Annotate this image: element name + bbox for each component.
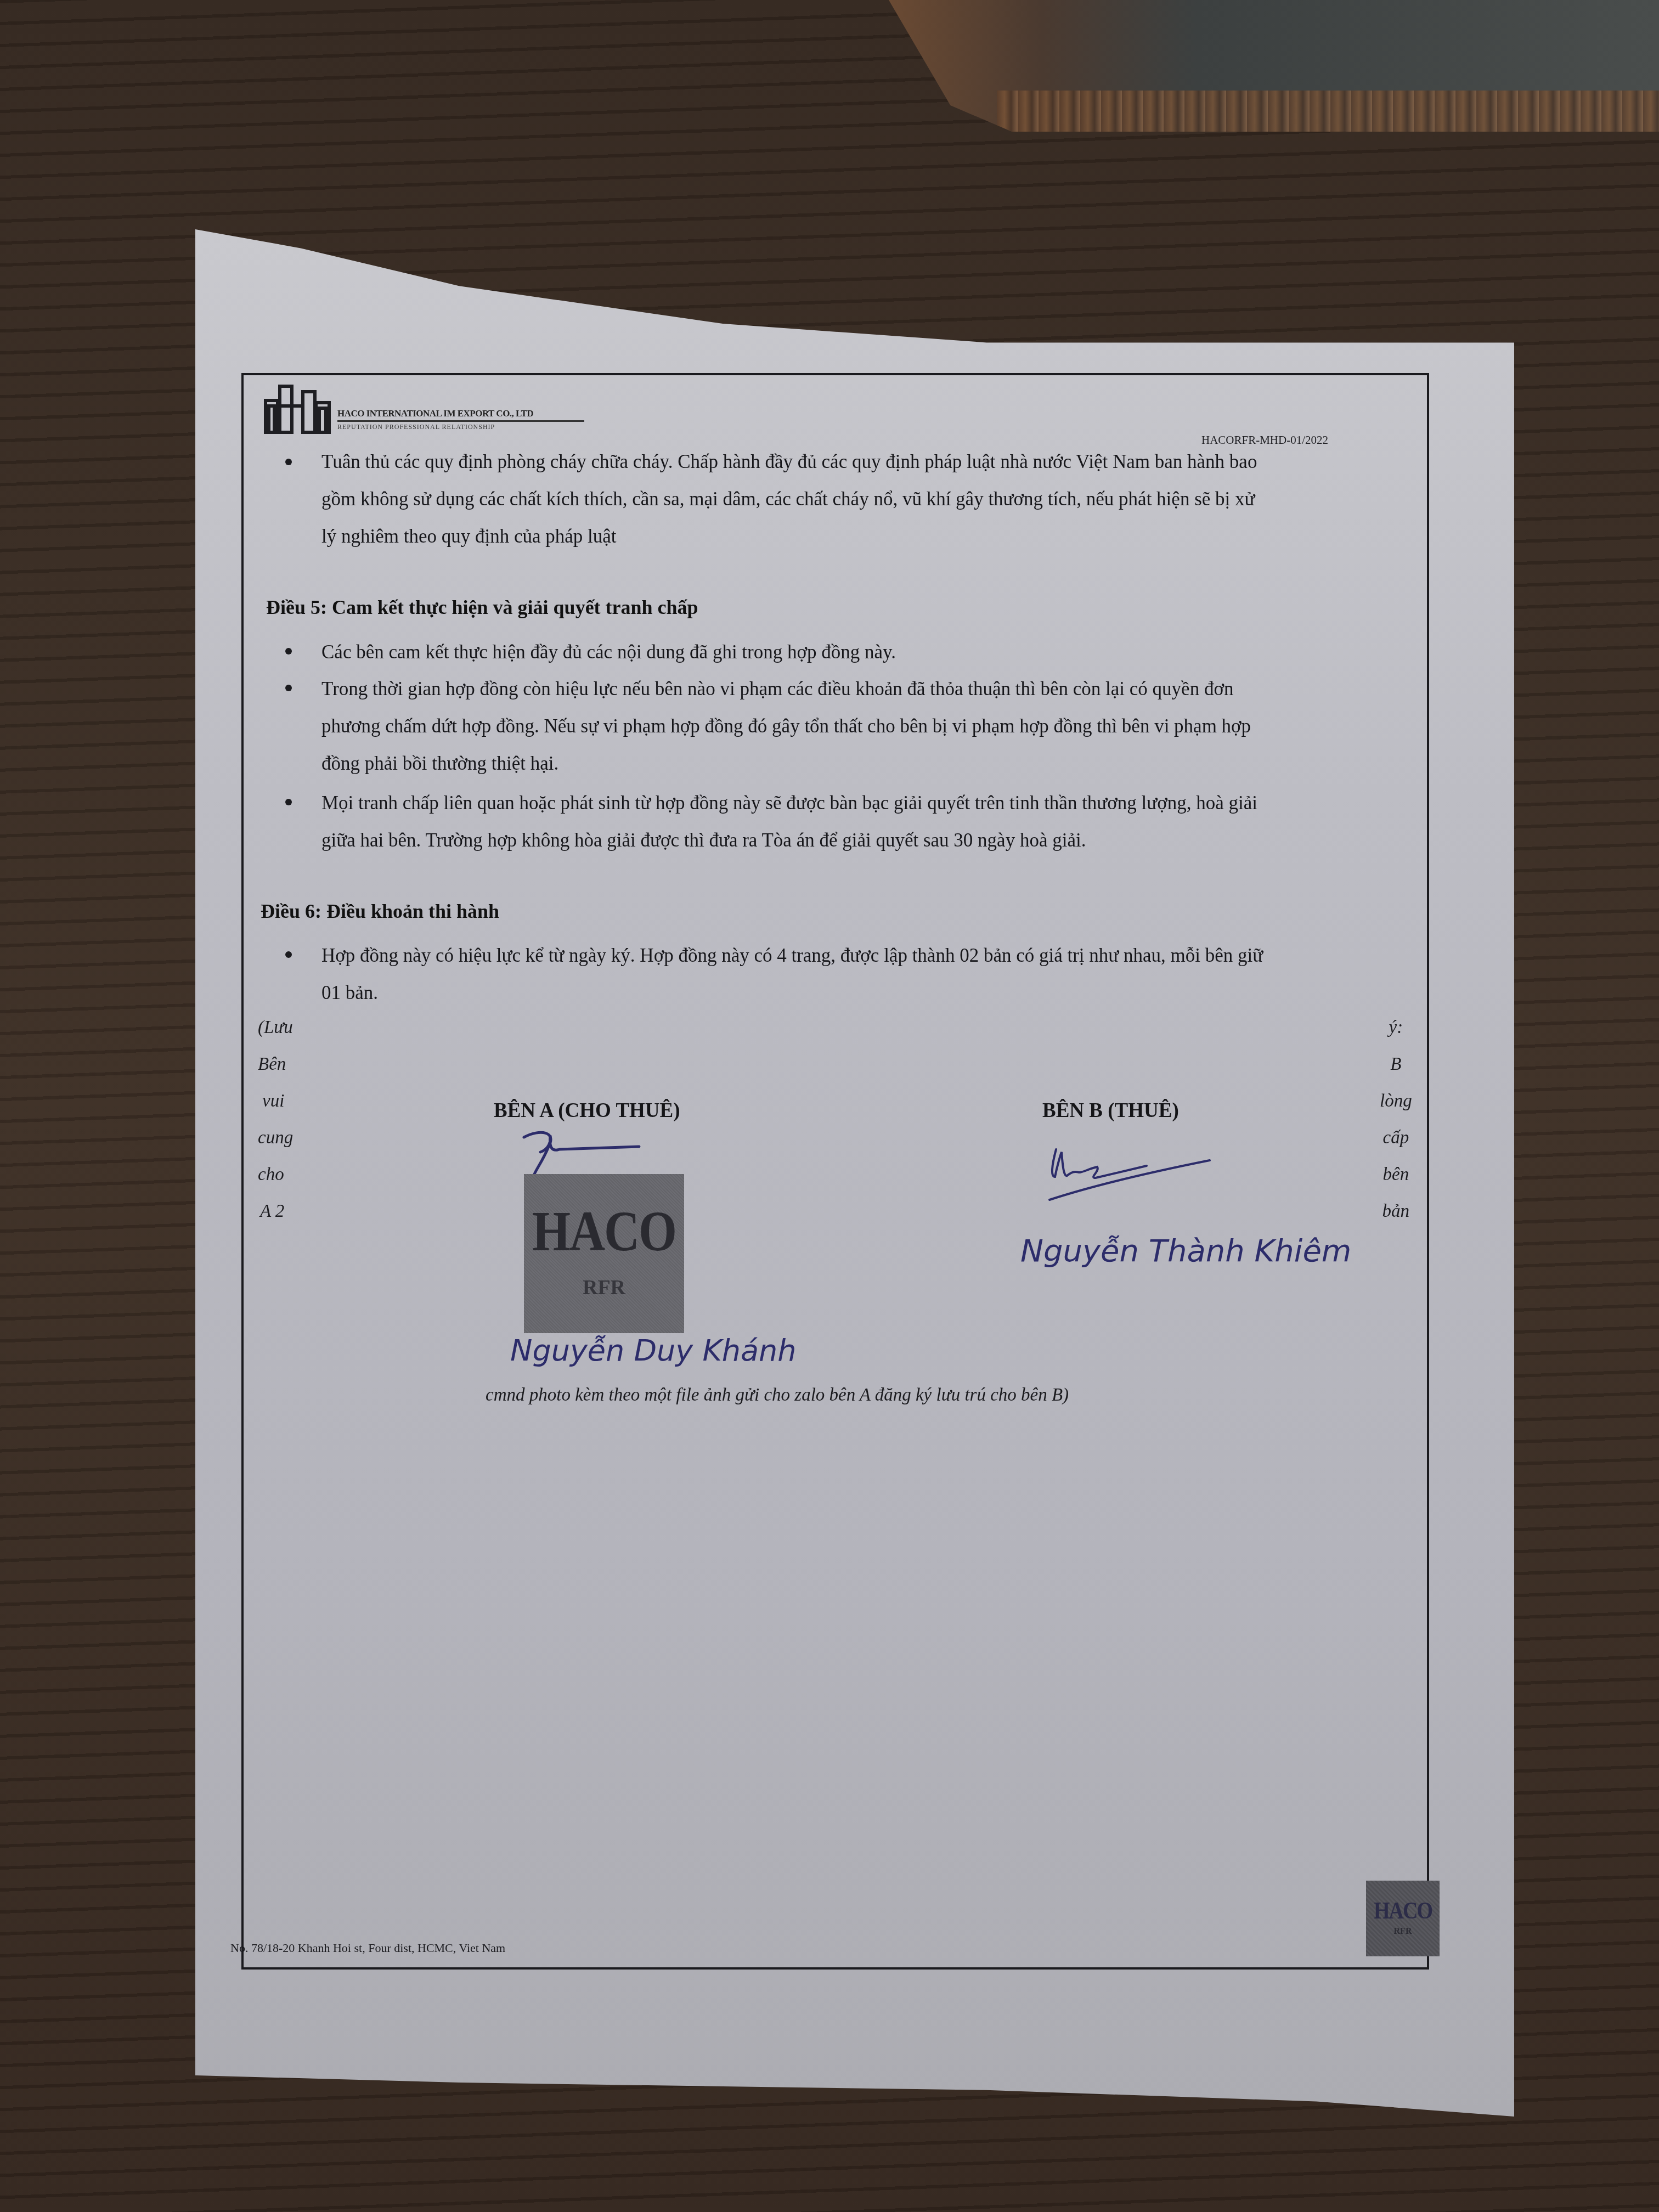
bullet-line: Tuân thủ các quy định phòng cháy chữa ch… — [321, 443, 1257, 481]
bullet-line: đồng phải bồi thường thiệt hại. — [321, 745, 558, 782]
section-heading-dieu-5: Điều 5: Cam kết thực hiện và giải quyết … — [266, 596, 698, 619]
stamp-subtext: RFR — [583, 1276, 625, 1300]
bullet-line: giữa hai bên. Trường hợp không hòa giải … — [321, 822, 1086, 859]
stamp-text: HACO — [532, 1204, 676, 1261]
haco-building-logo-icon — [263, 384, 332, 435]
bullet-line: Mọi tranh chấp liên quan hoặc phát sinh … — [321, 785, 1257, 822]
bullet-line: Trong thời gian hợp đồng còn hiệu lực nế… — [321, 670, 1233, 708]
bullet-line: gồm không sử dụng các chất kích thích, c… — [321, 481, 1255, 518]
side-note-word: (Lưu — [258, 1009, 293, 1046]
bullet-line: 01 bản. — [321, 974, 378, 1012]
stamp-text: HACO — [1374, 1899, 1432, 1923]
side-note-word: bản — [1380, 1193, 1412, 1230]
handwritten-signature-icon — [518, 1127, 645, 1177]
bullet-line: Các bên cam kết thực hiện đầy đủ các nội… — [321, 634, 896, 671]
side-note-word: B — [1380, 1046, 1412, 1083]
bullet-icon — [285, 459, 292, 465]
bullet-line: lý nghiêm theo quy định của pháp luật — [321, 518, 617, 555]
side-note-word: lòng — [1380, 1083, 1412, 1120]
side-note-word: ý: — [1380, 1009, 1412, 1046]
bullet-icon — [285, 799, 292, 805]
party-a-name: Nguyễn Duy Khánh — [510, 1333, 797, 1368]
party-a-title: BÊN A (CHO THUÊ) — [494, 1099, 680, 1122]
side-note-word: cấp — [1380, 1120, 1412, 1156]
company-name: HACO INTERNATIONAL IM EXPORT CO., LTD — [337, 408, 584, 419]
stamp-subtext: RFR — [1394, 1927, 1412, 1937]
section-heading-dieu-6: Điều 6: Điều khoản thi hành — [261, 900, 499, 923]
side-note-word: A 2 — [258, 1193, 293, 1230]
bullet-line: Hợp đồng này có hiệu lực kể từ ngày ký. … — [321, 937, 1263, 974]
registration-note: cmnd photo kèm theo một file ảnh gửi cho… — [486, 1385, 1069, 1406]
side-note-left: (Lưu Bên vui cung cho A 2 — [258, 1009, 293, 1230]
bullet-icon — [285, 951, 292, 958]
company-stamp: HACO RFR — [524, 1174, 684, 1333]
side-note-right: ý: B lòng cấp bên bản — [1380, 1009, 1412, 1230]
bullet-line: phương chấm dứt hợp đồng. Nếu sự vi phạm… — [321, 708, 1251, 745]
side-note-word: cung — [258, 1120, 293, 1156]
footer-stamp: HACO RFR — [1366, 1881, 1440, 1956]
footer-address: No. 78/18-20 Khanh Hoi st, Four dist, HC… — [230, 1941, 505, 1955]
side-note-word: Bên — [258, 1046, 293, 1083]
side-note-word: vui — [258, 1083, 293, 1120]
rusty-metal-frame — [889, 0, 1659, 132]
party-b-name: Nguyễn Thành Khiêm — [1020, 1233, 1351, 1269]
bullet-icon — [285, 648, 292, 654]
side-note-word: bên — [1380, 1156, 1412, 1193]
handwritten-signature-icon — [1045, 1138, 1221, 1204]
header-rule — [337, 420, 584, 422]
side-note-word: cho — [258, 1156, 293, 1193]
company-header: HACO INTERNATIONAL IM EXPORT CO., LTD RE… — [263, 384, 584, 435]
company-tagline: REPUTATION PROFESSIONAL RELATIONSHIP — [337, 423, 584, 431]
bullet-icon — [285, 685, 292, 691]
party-b-title: BÊN B (THUÊ) — [1042, 1099, 1179, 1122]
